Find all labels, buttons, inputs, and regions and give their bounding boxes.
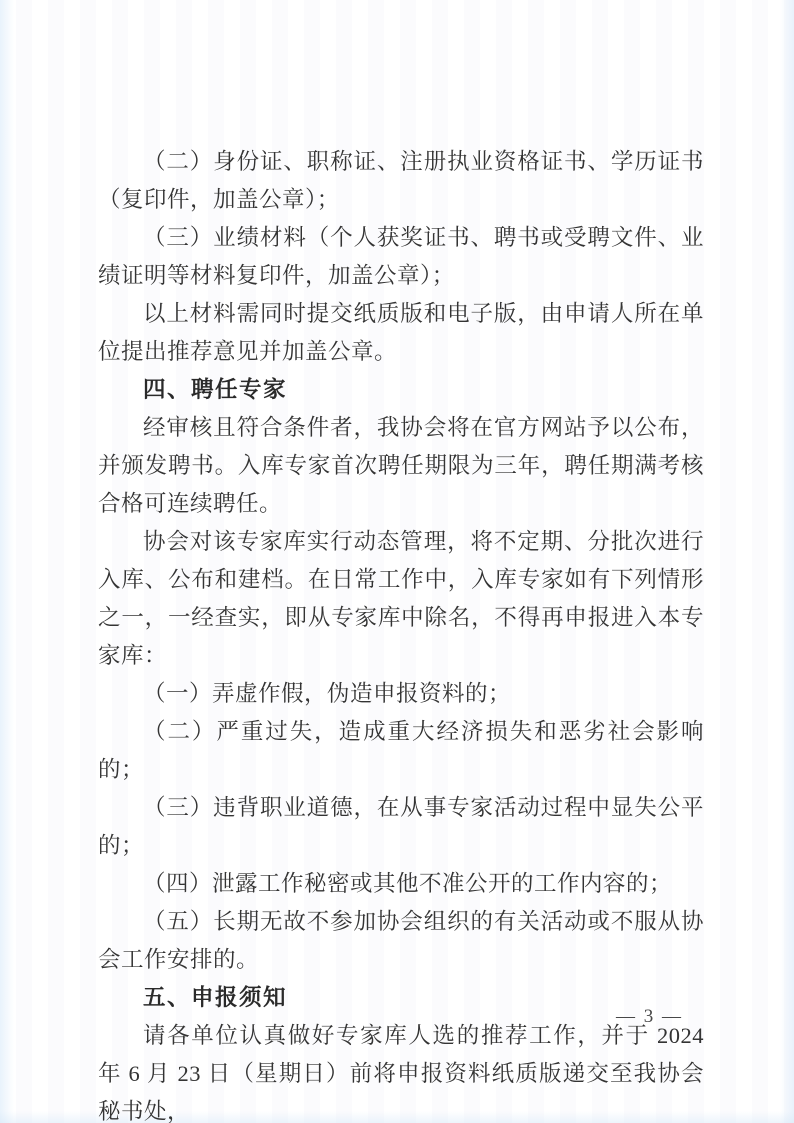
paragraph: （二）身份证、职称证、注册执业资格证书、学历证书（复印件，加盖公章）；	[98, 143, 704, 219]
paragraph: 经审核且符合条件者，我协会将在官方网站予以公布，并颁发聘书。入库专家首次聘任期限…	[98, 409, 704, 523]
paragraph: （四）泄露工作秘密或其他不准公开的工作内容的；	[98, 865, 704, 903]
paragraph: 协会对该专家库实行动态管理，将不定期、分批次进行入库、公布和建档。在日常工作中，…	[98, 523, 704, 675]
paragraph: （三）违背职业道德，在从事专家活动过程中显失公平的；	[98, 789, 704, 865]
paragraph: 请各单位认真做好专家库人选的推荐工作，并于 2024 年 6 月 23 日（星期…	[98, 1017, 704, 1123]
paragraph: （三）业绩材料（个人获奖证书、聘书或受聘文件、业绩证明等材料复印件，加盖公章）；	[98, 219, 704, 295]
section-heading: 五、申报须知	[98, 979, 704, 1017]
page-number: — 3 —	[616, 1004, 683, 1030]
document-body: （二）身份证、职称证、注册执业资格证书、学历证书（复印件，加盖公章）；（三）业绩…	[98, 143, 704, 1123]
paragraph: 以上材料需同时提交纸质版和电子版，由申请人所在单位提出推荐意见并加盖公章。	[98, 295, 704, 371]
document-page: （二）身份证、职称证、注册执业资格证书、学历证书（复印件，加盖公章）；（三）业绩…	[0, 0, 794, 1123]
paragraph: （一）弄虚作假，伪造申报资料的；	[98, 675, 704, 713]
paragraph: （五）长期无故不参加协会组织的有关活动或不服从协会工作安排的。	[98, 903, 704, 979]
section-heading: 四、聘任专家	[98, 371, 704, 409]
paragraph: （二）严重过失，造成重大经济损失和恶劣社会影响的；	[98, 713, 704, 789]
